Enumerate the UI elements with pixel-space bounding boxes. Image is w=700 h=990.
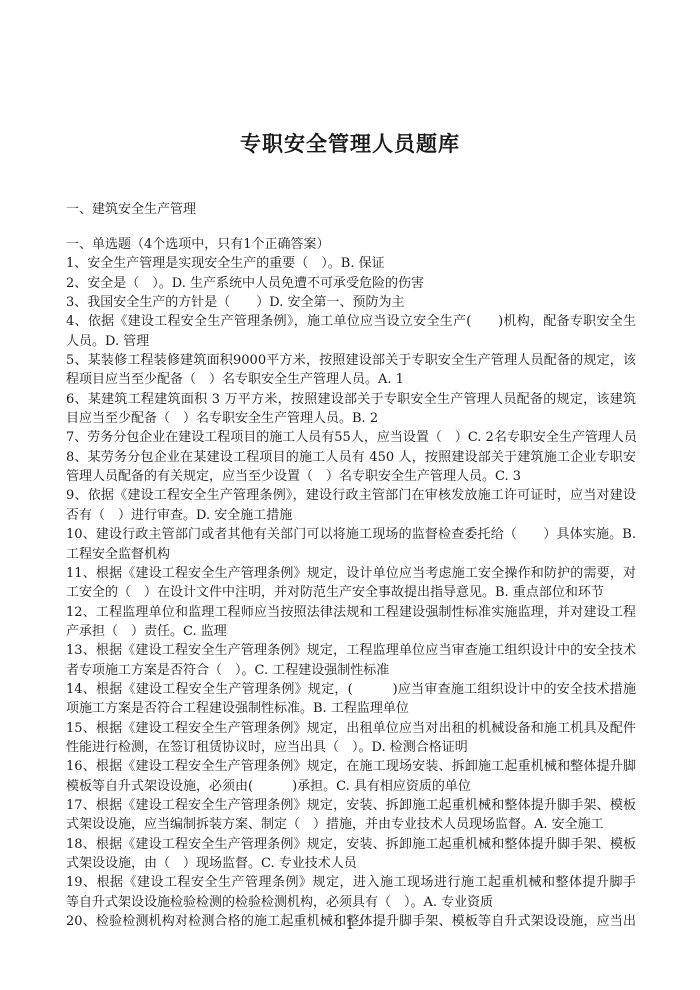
text-line: 否有（ ）进行审查。D. 安全施工措施 <box>66 506 636 525</box>
text-line: 5、某装修工程装修建筑面积9000平方米，按照建设部关于专职安全生产管理人员配备… <box>66 351 636 370</box>
text-line: 16、根据《建设工程安全生产管理条例》规定，在施工现场安装、拆卸施工起重机械和整… <box>66 757 636 776</box>
subsection-heading: 一、单选题（4个选项中，只有1个正确答案） <box>66 235 636 254</box>
text-line: 11、根据《建设工程安全生产管理条例》规定，设计单位应当考虑施工安全操作和防护的… <box>66 564 636 583</box>
text-line: 7、劳务分包企业在建设工程项目的施工人员有55人，应当设置（ ）C. 2名专职安… <box>66 428 636 447</box>
text-line: 14、根据《建设工程安全生产管理条例》规定，( )应当审查施工组织设计中的安全技… <box>66 680 636 699</box>
text-line: 2、安全是（ ）。D. 生产系统中人员免遭不可承受危险的伤害 <box>66 274 636 293</box>
page-number: - 1 - <box>0 918 700 933</box>
text-line: 8、某劳务分包企业在某建设工程项目的施工人员有 450 人，按照建设部关于建筑施… <box>66 448 636 467</box>
text-line: 12、工程监理单位和监理工程师应当按照法律法规和工程建设强制性标准实施监理，并对… <box>66 603 636 622</box>
text-line: 项施工方案是否符合工程建设强制性标准。B. 工程监理单位 <box>66 699 636 718</box>
text-line: 者专项施工方案是否符合（ ）。C. 工程建设强制性标准 <box>66 661 636 680</box>
section-heading: 一、建筑安全生产管理 <box>66 198 196 217</box>
text-line: 式架设设施，应当编制拆装方案、制定（ ）措施，并由专业技术人员现场监督。A. 安… <box>66 815 636 834</box>
text-line: 13、根据《建设工程安全生产管理条例》规定，工程监理单位应当审查施工组织设计中的… <box>66 641 636 660</box>
text-line: 18、根据《建设工程安全生产管理条例》规定，安装、拆卸施工起重机械和整体提升脚手… <box>66 835 636 854</box>
text-line: 3、我国安全生产的方针是（ ）D. 安全第一、预防为主 <box>66 293 636 312</box>
text-line: 4、依据《建设工程安全生产管理条例》，施工单位应当设立安全生产( )机构，配备专… <box>66 312 636 331</box>
text-line: 模板等自升式架设设施，必须由( )承担。C. 具有相应资质的单位 <box>66 777 636 796</box>
text-line: 工安全的（ ）在设计文件中注明，并对防范生产安全事故提出指导意见。B. 重点部位… <box>66 583 636 602</box>
text-line: 管理人员配备的有关规定，应当至少设置（ ）名专职安全生产管理人员。C. 3 <box>66 467 636 486</box>
text-line: 9、依据《建设工程安全生产管理条例》，建设行政主管部门在审核发放施工许可证时，应… <box>66 486 636 505</box>
text-line: 19、根据《建设工程安全生产管理条例》规定，进入施工现场进行施工起重机械和整体提… <box>66 873 636 892</box>
text-line: 1、安全生产管理是实现安全生产的重要（ ）。B. 保证 <box>66 254 636 273</box>
document-title: 专职安全管理人员题库 <box>0 128 700 158</box>
text-line: 性能进行检测，在签订租赁协议时，应当出具（ ）。D. 检测合格证明 <box>66 738 636 757</box>
text-line: 工程安全监督机构 <box>66 545 636 564</box>
text-line: 人员。D. 管理 <box>66 332 636 351</box>
question-lines: 1、安全生产管理是实现安全生产的重要（ ）。B. 保证2、安全是（ ）。D. 生… <box>66 254 636 931</box>
text-line: 6、某建筑工程建筑面积 3 万平方米，按照建设部关于专职安全生产管理人员配备的规… <box>66 390 636 409</box>
text-line: 目应当至少配备（ ）名专职安全生产管理人员。B. 2 <box>66 409 636 428</box>
text-line: 式架设设施，由（ ）现场监督。C. 专业技术人员 <box>66 854 636 873</box>
text-line: 程项目应当至少配备（ ）名专职安全生产管理人员。A. 1 <box>66 370 636 389</box>
text-line: 等自升式架设设施检验检测的检验检测机构，必须具有（ ）。A. 专业资质 <box>66 893 636 912</box>
question-list: 一、单选题（4个选项中，只有1个正确答案） 1、安全生产管理是实现安全生产的重要… <box>66 235 636 931</box>
text-line: 10、建设行政主管部门或者其他有关部门可以将施工现场的监督检查委托给（ ）具体实… <box>66 525 636 544</box>
text-line: 15、根据《建设工程安全生产管理条例》规定，出租单位应当对出租的机械设备和施工机… <box>66 719 636 738</box>
text-line: 17、根据《建设工程安全生产管理条例》规定，安装、拆卸施工起重机械和整体提升脚手… <box>66 796 636 815</box>
text-line: 产承担（ ）责任。C. 监理 <box>66 622 636 641</box>
